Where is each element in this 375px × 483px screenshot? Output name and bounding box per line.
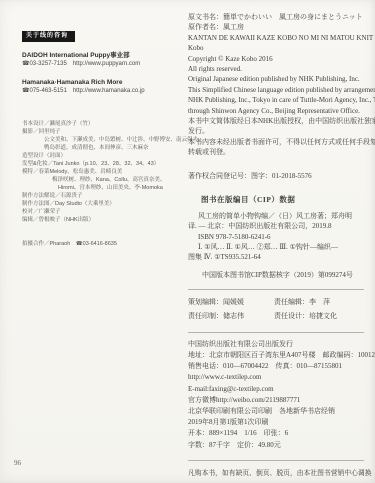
cip-line: 风工房的简单小物钩编／（日）风工房著；郑舟明 [188, 211, 364, 221]
left-column: 关于线的咨询 DAIDOH International Puppy事业部 ☎03… [22, 24, 184, 247]
publisher-email: E-mail:faxing@c-textilep.com [188, 384, 364, 395]
copyright-registration-number: 著作权合同登记号：图字：01-2018-5576 [188, 171, 364, 181]
copyright-line: 本书内容未经出版者书面许可，不得以任何方式或任何手段复制、 [188, 137, 364, 147]
copyright-line: All rights reserved. [188, 64, 364, 74]
photo-cooperation: 拍摄合作／Pharaoh ☎03-6416-8635 [22, 239, 184, 247]
supplier-name: Hamanaka·Hamanaka Rich More [22, 78, 184, 87]
divider [188, 332, 364, 333]
credit-line: 鸭岛彰道、成清彻也、本间伸彦、三木麻奈 [22, 144, 184, 152]
editors-row: 责任印制：储志伟 责任设计：培捷文化 [188, 309, 364, 323]
cip-data-block: 风工房的简单小物钩编／（日）风工房著；郑舟明 译. — 北京：中国纺织出版社有限… [188, 211, 364, 263]
copyright-line: Original Japanese edition published by N… [188, 74, 364, 84]
publisher-website: http://www.c-textilep.com [188, 372, 364, 383]
copyright-line: 本书中文简体版经日本NHK出版授权，由中国纺织出版社独家出版 [188, 116, 364, 126]
divider [188, 289, 364, 290]
editor-credit: 责任设计：培捷文化 [274, 309, 337, 323]
copyright-line: 原作者名：風工房 [188, 22, 364, 32]
editor-credit: 责任印制：储志伟 [188, 309, 274, 323]
credit-line: 造型设计（封面） [22, 152, 184, 160]
credit-line: 模特／春菜Melody、松岛惠美、岩崎良美 [22, 168, 184, 176]
credit-line: 书本设计／濑尾真沙子（竹） [22, 120, 184, 128]
copyright-line: NHK Publishing, Inc., Tokyo in care of T… [188, 95, 364, 105]
copyright-block: 原文书名：簡単でかわいい 風工房の身にまとうニット 原作者名：風工房 KANTA… [188, 12, 364, 158]
yarn-supplier: DAIDOH International Puppy事业部 ☎03-3257-7… [22, 51, 184, 69]
credit-line: 梅泽咲树、理纱、Kana、Collu、高宫真奈美、 [22, 176, 184, 184]
publisher-line: 地址：北京市朝阳区百子湾东里A407号楼 邮政编码：100124 [188, 350, 364, 361]
format-line: 开本：889×1194 1/16 印张：6 [188, 428, 364, 439]
production-credits: 书本设计／濑尾真沙子（竹） 摄影／回里纯子 公文美和、下瀬成美、中岛繁树、中辻渉… [22, 120, 184, 224]
credit-line: 制作方法图／Day Studio（大乘里美） [22, 200, 184, 208]
editor-credit: 策划编辑：闻媛媛 [188, 295, 274, 309]
copyright-line: Copyright © Kaze Kobo 2016 [188, 54, 364, 64]
cip-line: 译. — 北京：中国纺织出版社有限公司，2019.8 [188, 221, 364, 231]
price-line: 字数：87千字 定价：49.80元 [188, 440, 364, 451]
page-number: 96 [14, 459, 21, 467]
credit-line: 发型&化妆／Tani Junko（p.10、23、28、32、34、43） [22, 160, 184, 168]
right-column: 原文书名：簡単でかわいい 風工房の身にまとうニット 原作者名：風工房 KANTA… [188, 12, 364, 477]
publisher-weibo: 官方微博http://weibo.com/2119887771 [188, 395, 364, 406]
supplier-contact: ☎075-463-5151 http://www.hamanaka.co.jp [22, 87, 184, 96]
copyright-line: through Shinwon Agency Co., Beijing Repr… [188, 106, 364, 116]
colophon-page: 关于线的咨询 DAIDOH International Puppy事业部 ☎03… [0, 0, 375, 483]
publisher-block: 中国纺织出版社有限公司出版发行 地址：北京市朝阳区百子湾东里A407号楼 邮政编… [188, 339, 364, 451]
copyright-line: 原文书名：簡単でかわいい 風工房の身にまとうニット [188, 12, 364, 22]
copyright-line: 转载或刊登。 [188, 147, 364, 157]
credit-line: 制作方法解说／石源贵子 [22, 192, 184, 200]
credit-line: 校对／广濑荣子 [22, 208, 184, 216]
yarn-inquiry-label: 关于线的咨询 [22, 31, 75, 42]
cip-line: ISBN 978-7-5180-6241-6 [188, 232, 364, 242]
credit-line: Hiromi、宫本理纱、山田美央、李·Momoka [22, 184, 184, 192]
supplier-name: DAIDOH International Puppy事业部 [22, 51, 184, 60]
credit-line: 编辑／曾根映子（NHK出版） [22, 216, 184, 224]
publisher-line: 销售电话：010—67004422 传真：010—87155801 [188, 361, 364, 372]
divider [188, 460, 364, 461]
publisher-line: 北京华联印刷有限公司印刷 各地新华书店经销 [188, 406, 364, 417]
publisher-line: 中国纺织出版社有限公司出版发行 [188, 339, 364, 350]
supplier-contact: ☎03-3257-7135 http://www.puppyarn.com [22, 60, 184, 69]
cip-record-number: 中国版本图书馆CIP数据核字（2019）第099274号 [188, 270, 364, 280]
credit-line: 公文美和、下瀬成美、中岛繁树、中辻渉、中野博安、南云保夫、 [22, 136, 184, 144]
cip-title: 图书在版编目（CIP）数据 [188, 194, 364, 205]
exchange-notice: 凡购本书，如有缺页、倒页、脱页，由本社图书营销中心调换 [188, 467, 364, 477]
copyright-line: This Simplified Chinese language edition… [188, 85, 364, 95]
copyright-line: KANTAN DE KAWAII KAZE KOBO NO MI NI MATO… [188, 33, 364, 43]
editors-row: 策划编辑：闻媛媛 责任编辑：李 萍 [188, 295, 364, 309]
print-edition-line: 2019年8月第1版第1次印刷 [188, 417, 364, 428]
copyright-line: 发行。 [188, 126, 364, 136]
credit-line: 摄影／回里纯子 [22, 128, 184, 136]
copyright-line: Kobo [188, 43, 364, 53]
cip-line: 图集 Ⅳ. ①TS935.521-64 [188, 252, 364, 262]
editors-block: 策划编辑：闻媛媛 责任编辑：李 萍 责任印制：储志伟 责任设计：培捷文化 [188, 295, 364, 323]
cip-line: Ⅰ. ①风… Ⅱ. ①风… ②郑… Ⅲ. ①钩针—编织— [188, 242, 364, 252]
editor-credit: 责任编辑：李 萍 [274, 295, 330, 309]
yarn-supplier: Hamanaka·Hamanaka Rich More ☎075-463-515… [22, 78, 184, 96]
